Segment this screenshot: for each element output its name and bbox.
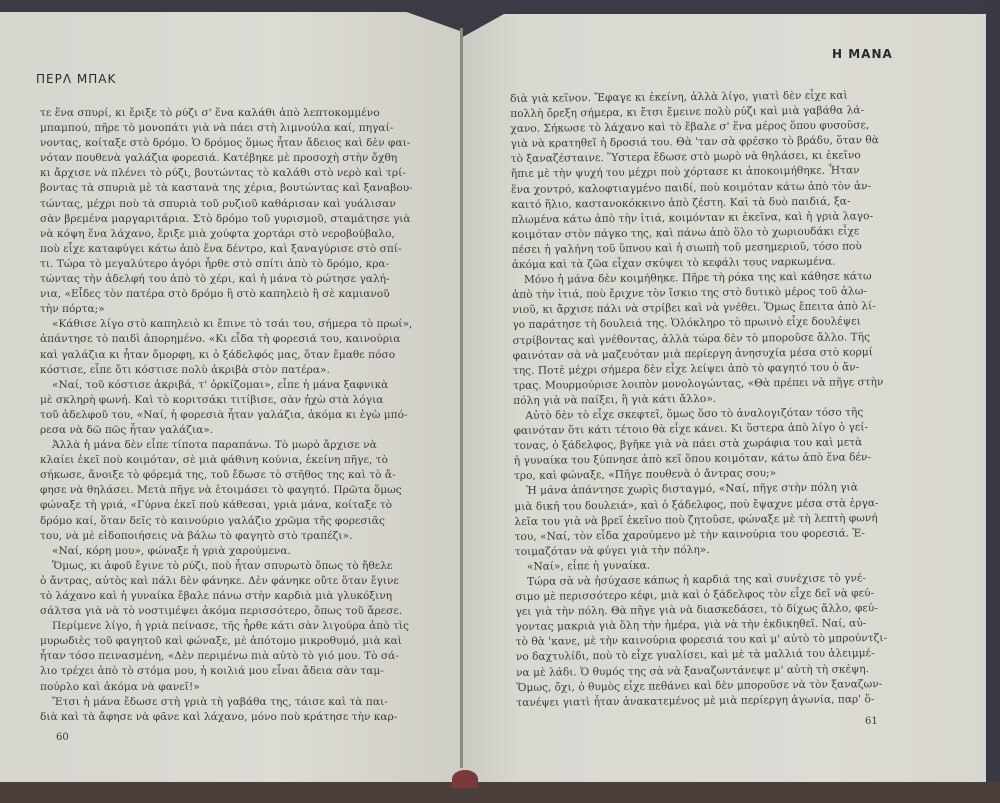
text-line: φησε νὰ θηλάσει. Μετὰ πῆγε νὰ ἑτοιμάσει … <box>40 483 452 498</box>
text-line: ἀπάντησε τὸ παιδὶ ἀπορημένο. «Κι εἶδα τὴ… <box>40 332 452 347</box>
text-line: κόστισε, εἶπε ὅτι κόστισε πολὺ ἀκριβὰ στ… <box>40 363 452 378</box>
text-line: σὰν βρεμένα μαργαριτάρια. Στὸ δρόμο τοῦ … <box>40 212 452 227</box>
text-line: νόταν πουθενὰ γαλάζια φορεσιά. Κατέβηκε … <box>40 151 452 166</box>
text-line: δρόμο καί, ὅταν δεῖς τὸ καινούριο γαλάζι… <box>40 514 452 529</box>
text-line: φώναξε τὴ γριά, «Γύρνα ἐκεῖ ποὺ κάθεσαι,… <box>40 498 452 513</box>
text-line: μυρωδιὲς τοῦ φαγητοῦ καὶ φώναξε, μὲ ἀπότ… <box>40 634 452 649</box>
text-line: καὶ γαλάζια κι ἦταν ὄμορφη, κι ὁ ξάδελφό… <box>40 348 452 363</box>
text-line: κι ἄρχισε νὰ πλένει τὸ ρύζι, βουτώντας τ… <box>40 166 452 181</box>
text-line: τι. Τώρα τὸ μεγαλύτερο ἀγόρι ἦρθε στὸ σπ… <box>40 257 452 272</box>
text-line: του, νὰ μὲ εἰδοποιήσεις νὰ βάλω τὸ φαγητ… <box>40 529 452 544</box>
text-line: βοντας τὰ σπυριὰ μὲ τὰ καστανὰ της χέρια… <box>40 181 452 196</box>
page-number-right: 61 <box>865 716 878 727</box>
running-head-right: Η ΜΑΝΑ <box>832 47 893 61</box>
text-line: «Ναί, τοῦ κόστισε ἀκριβά, τ' ὁρκίζομαι»,… <box>40 378 452 393</box>
text-line: σήκωσε, ἄνοιξε τὸ φόρεμά της, τοῦ ἔδωσε … <box>40 468 452 483</box>
text-line: τώντας τὴν ἀδελφή του ἀπὸ τὸ χέρι, καὶ ἡ… <box>40 272 452 287</box>
text-line: τε ἕνα σπυρί, κι ἔριξε τὸ ρύζι σ' ἕνα κα… <box>40 106 452 121</box>
text-line: «Κάθισε λίγο στὸ καπηλειὸ κι ἔπινε τὸ τσ… <box>40 317 452 332</box>
text-line: νια, «Εἶδες τὸν πατέρα στὸ δρόμο ἢ στὸ κ… <box>40 287 452 302</box>
text-line: ποὺ εἶχε καταφύγει κάτω ἀπὸ ἕνα δέντρο, … <box>40 242 452 257</box>
text-line: πούρλο καὶ ἀκόμα νὰ φανεῖ!» <box>40 680 452 695</box>
text-line: τώντας, μέχρι ποὺ τὰ σπυριὰ τοῦ ρυζιοῦ κ… <box>40 197 452 212</box>
text-line: διὰ καὶ τὰ ἄφησε νὰ φᾶνε καὶ λάχανο, μόν… <box>40 710 452 725</box>
text-line: λιο τρέχει ἀπὸ τὸ στόμα μου, ἡ κοιλιά μο… <box>40 664 452 679</box>
text-line: ἦταν τόσο πεινασμένη, «Δὲν περιμένω πιὰ … <box>40 649 452 664</box>
spine-binding <box>452 770 478 788</box>
text-line: νοντας, κοίταξε στὸ δρόμο. Ὁ δρόμος ὅμως… <box>40 136 452 151</box>
text-line: Ἀλλὰ ἡ μάνα δὲν εἶπε τίποτα παραπάνω. Τὸ… <box>40 438 452 453</box>
background-right-edge <box>986 0 1000 803</box>
page-number-left: 60 <box>56 732 69 743</box>
text-line: Ἔτσι ἡ μάνα ἔδωσε στὴ γριὰ τὴ γαβάθα της… <box>40 695 452 710</box>
text-line: Περίμενε λίγο, ἡ γριὰ πείνασε, τῆς ἦρθε … <box>40 619 452 634</box>
open-book: ΠΕΡΛ ΜΠΑΚ τε ἕνα σπυρί, κι ἔριξε τὸ ρύζι… <box>0 0 1000 803</box>
text-line: τὴν πόρτα;» <box>40 302 452 317</box>
book-gutter <box>460 28 463 768</box>
text-line: ὁ ἄντρας, αὐτὸς καὶ πάλι δὲν φάνηκε. Δὲν… <box>40 574 452 589</box>
text-line: νὰ κόψη ἕνα λάχανο, ἔριξε μιὰ χούφτα χορ… <box>40 227 452 242</box>
text-line: κλαίει ἐκεῖ ποὺ κοιμόταν, σὲ μιὰ φάθινη … <box>40 453 452 468</box>
text-line: τὸ λάχανο καὶ ἡ γυναίκα ἔβαλε πάνω στὴν … <box>40 589 452 604</box>
text-line: «Ναί, κόρη μου», φώναξε ἡ γριὰ χαρούμενα… <box>40 544 452 559</box>
text-line: σάλτσα γιὰ νὰ τὸ νοστιμέψει ἀκόμα περισσ… <box>40 604 452 619</box>
text-line: ρεσα νὰ δῶ πῶς ἦταν γαλάζια». <box>40 423 452 438</box>
text-line: μὲ σκληρὴ φωνή. Καὶ τὸ κοριτσάκι τιτίβισ… <box>40 393 452 408</box>
right-page-text: διὰ γιὰ κεῖνον. Ἔφαγε κι ἐκείνη, ἀλλὰ λί… <box>510 87 956 710</box>
left-page-text: τε ἕνα σπυρί, κι ἔριξε τὸ ρύζι σ' ἕνα κα… <box>40 106 452 725</box>
text-line: μπαμπού, πῆρε τὸ μονοπάτι γιὰ νὰ πάει στ… <box>40 121 452 136</box>
text-line: Ὅμως, κι ἀφοῦ ἔγινε τὸ ρύζι, ποὺ ἦταν σπ… <box>40 559 452 574</box>
running-head-left: ΠΕΡΛ ΜΠΑΚ <box>36 72 116 86</box>
text-line: τοῦ ἀδελφοῦ του, «Ναί, ἡ φορεσιὰ ἦταν γα… <box>40 408 452 423</box>
background-bottom <box>0 782 1000 803</box>
